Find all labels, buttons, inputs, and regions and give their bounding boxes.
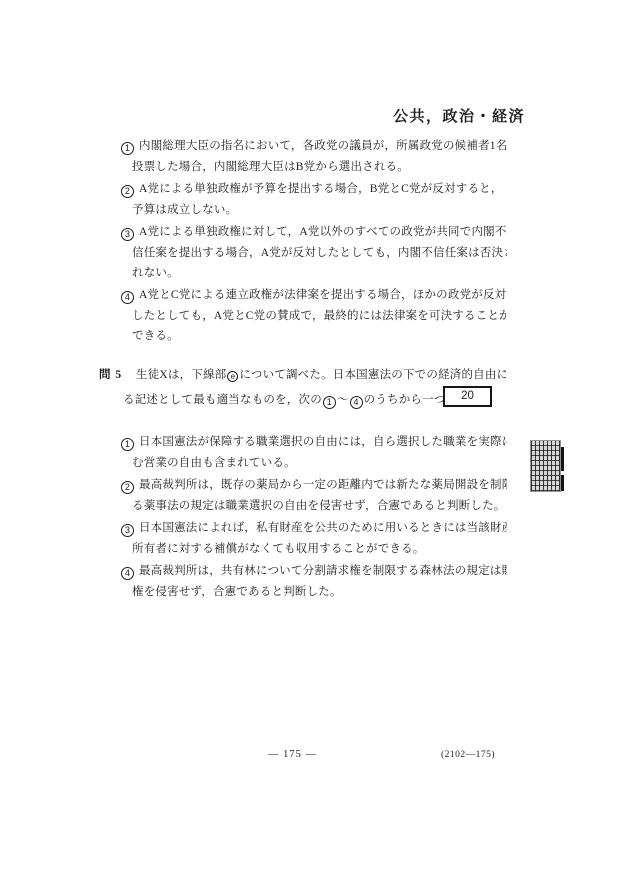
q5-stem-line-1: 生徒Xは，下線部eについて調べた。日本国憲法の下での経済的自由に関す bbox=[136, 365, 506, 386]
q5-option-4: 4最高裁判所は，共有林について分割請求権を制限する森林法の規定は財産 権を侵害せ… bbox=[121, 561, 507, 602]
circled-letter-e: e bbox=[227, 371, 238, 382]
print-code: (2102—175) bbox=[441, 750, 495, 760]
option-number-circle: 1 bbox=[121, 438, 134, 451]
edge-index-marker bbox=[531, 441, 560, 491]
q4-option-3: 3A党による単独政権に対して，A党以外のすべての政党が共同で内閣不 信任案を提出… bbox=[121, 222, 507, 284]
option-text: 所有者に対する補償がなくても収用することができる。 bbox=[132, 539, 507, 560]
option-text: できる。 bbox=[132, 326, 507, 347]
option-line: 3日本国憲法によれば，私有財産を公共のために用いるときには当該財産の bbox=[121, 518, 507, 539]
q5-option-1: 1日本国憲法が保障する職業選択の自由には，自ら選択した職業を実際に営 む営業の自… bbox=[121, 432, 507, 473]
option-number-circle: 4 bbox=[121, 567, 134, 580]
option-text: れない。 bbox=[132, 263, 507, 284]
option-text: む営業の自由も含まれている。 bbox=[132, 453, 507, 474]
question-5-label: 問 5 bbox=[99, 365, 122, 386]
q4-option-2: 2A党による単独政権が予算を提出する場合，B党とC党が反対すると， 予算は成立し… bbox=[121, 179, 507, 220]
q5-option-2: 2最高裁判所は，既存の薬局から一定の距離内では新たな薬局開設を制限す る薬事法の… bbox=[121, 475, 507, 516]
q5-option-3: 3日本国憲法によれば，私有財産を公共のために用いるときには当該財産の 所有者に対… bbox=[121, 518, 507, 559]
stem-text: る記述として最も適当なものを，次の bbox=[123, 394, 322, 406]
stem-text: について調べた。日本国憲法の下での経済的自由に関す bbox=[239, 369, 506, 381]
edge-marker-bar bbox=[561, 447, 564, 471]
option-number-circle: 1 bbox=[121, 142, 134, 155]
option-line: 1日本国憲法が保障する職業選択の自由には，自ら選択した職業を実際に営 bbox=[121, 432, 507, 453]
option-line: 2最高裁判所は，既存の薬局から一定の距離内では新たな薬局開設を制限す bbox=[121, 475, 507, 496]
exam-page: 公共，政治・経済 1内閣総理大臣の指名において，各政党の議員が，所属政党の候補者… bbox=[0, 0, 620, 876]
option-line: 1内閣総理大臣の指名において，各政党の議員が，所属政党の候補者1名に bbox=[121, 136, 507, 157]
stem-text: 生徒Xは，下線部 bbox=[136, 369, 226, 381]
option-text: 信任案を提出する場合，A党が反対したとしても，内閣不信任案は否決さ bbox=[132, 243, 507, 264]
page-number: — 175 — bbox=[268, 749, 317, 760]
option-text: 予算は成立しない。 bbox=[132, 200, 507, 221]
option-number-circle: 4 bbox=[350, 396, 363, 409]
q4-option-1: 1内閣総理大臣の指名において，各政党の議員が，所属政党の候補者1名に 投票した場… bbox=[121, 136, 507, 177]
stem-text: のうちから一つ選べ。 bbox=[364, 394, 443, 406]
option-text: 日本国憲法によれば，私有財産を公共のために用いるときには当該財産の bbox=[139, 522, 507, 534]
option-text: る薬事法の規定は職業選択の自由を侵害せず，合憲であると判断した。 bbox=[132, 496, 507, 517]
q4-option-4: 4A党とC党による連立政権が法律案を提出する場合，ほかの政党が反対 したとしても… bbox=[121, 285, 507, 347]
q5-stem-line-2: る記述として最も適当なものを，次の1～4のうちから一つ選べ。 bbox=[123, 390, 443, 411]
option-number-circle: 1 bbox=[323, 396, 336, 409]
option-text: A党による単独政権に対して，A党以外のすべての政党が共同で内閣不 bbox=[139, 226, 507, 238]
option-text: 投票した場合，内閣総理大臣はB党から選出される。 bbox=[132, 157, 507, 178]
option-text: 日本国憲法が保障する職業選択の自由には，自ら選択した職業を実際に営 bbox=[139, 436, 507, 448]
option-number-circle: 4 bbox=[121, 291, 134, 304]
option-line: 2A党による単独政権が予算を提出する場合，B党とC党が反対すると， bbox=[121, 179, 507, 200]
option-line: 4最高裁判所は，共有林について分割請求権を制限する森林法の規定は財産 bbox=[121, 561, 507, 582]
option-line: 3A党による単独政権に対して，A党以外のすべての政党が共同で内閣不 bbox=[121, 222, 507, 243]
stem-text: ～ bbox=[337, 394, 349, 406]
option-line: 4A党とC党による連立政権が法律案を提出する場合，ほかの政党が反対 bbox=[121, 285, 507, 306]
option-text: 内閣総理大臣の指名において，各政党の議員が，所属政党の候補者1名に bbox=[139, 140, 507, 152]
option-text: 権を侵害せず，合憲であると判断した。 bbox=[132, 582, 507, 603]
answer-number-box: 20 bbox=[443, 386, 492, 407]
option-text: 最高裁判所は，既存の薬局から一定の距離内では新たな薬局開設を制限す bbox=[139, 479, 507, 491]
option-text: A党による単独政権が予算を提出する場合，B党とC党が反対すると， bbox=[139, 183, 503, 195]
page-title: 公共，政治・経済 bbox=[393, 105, 525, 126]
option-number-circle: 2 bbox=[121, 481, 134, 494]
option-number-circle: 3 bbox=[121, 228, 134, 241]
option-text: 最高裁判所は，共有林について分割請求権を制限する森林法の規定は財産 bbox=[139, 565, 507, 577]
option-number-circle: 3 bbox=[121, 524, 134, 537]
option-text: A党とC党による連立政権が法律案を提出する場合，ほかの政党が反対 bbox=[139, 289, 506, 301]
option-number-circle: 2 bbox=[121, 185, 134, 198]
edge-marker-bar bbox=[561, 475, 564, 491]
option-text: したとしても，A党とC党の賛成で，最終的には法律案を可決することが bbox=[132, 306, 507, 327]
